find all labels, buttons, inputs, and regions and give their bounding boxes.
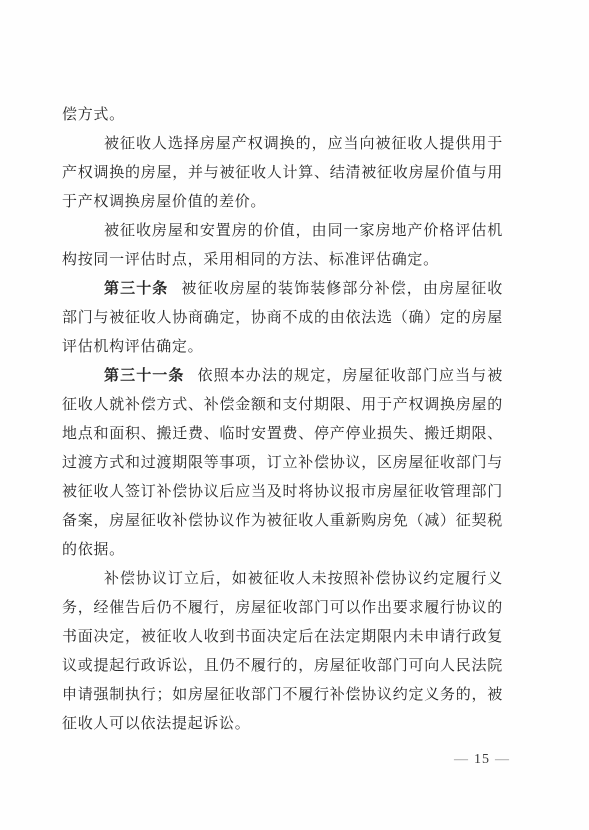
article-number: 第三十条 bbox=[104, 281, 168, 297]
article-paragraph: 第三十一条依照本办法的规定，房屋征收部门应当与被征收人就补偿方式、补偿金额和支付… bbox=[62, 362, 503, 565]
paragraph-text: 补偿协议订立后，如被征收人未按照补偿协议约定履行义务，经催告后仍不履行，房屋征收… bbox=[62, 571, 503, 732]
article-paragraph: 第三十条被征收房屋的装饰装修部分补偿，由房屋征收部门与被征收人协商确定，协商不成… bbox=[62, 275, 503, 362]
body-paragraph: 补偿协议订立后，如被征收人未按照补偿协议约定履行义务，经催告后仍不履行，房屋征收… bbox=[62, 565, 503, 739]
body-paragraph: 偿方式。 bbox=[62, 101, 503, 130]
page-number-left-dash: — bbox=[454, 752, 469, 767]
paragraph-text: 偿方式。 bbox=[62, 107, 125, 123]
page-number: —15— bbox=[449, 750, 515, 770]
document-body: 偿方式。被征收人选择房屋产权调换的，应当向被征收人提供用于产权调换的房屋，并与被… bbox=[62, 101, 503, 739]
body-paragraph: 被征收人选择房屋产权调换的，应当向被征收人提供用于产权调换的房屋，并与被征收人计… bbox=[62, 130, 503, 217]
body-paragraph: 被征收房屋和安置房的价值，由同一家房地产价格评估机构按同一评估时点，采用相同的方… bbox=[62, 217, 503, 275]
paragraph-text: 被征收房屋和安置房的价值，由同一家房地产价格评估机构按同一评估时点，采用相同的方… bbox=[62, 223, 503, 268]
article-number: 第三十一条 bbox=[104, 368, 185, 384]
page-number-value: 15 bbox=[474, 752, 490, 767]
document-page: 偿方式。被征收人选择房屋产权调换的，应当向被征收人提供用于产权调换的房屋，并与被… bbox=[0, 0, 589, 830]
paragraph-text: 被征收人选择房屋产权调换的，应当向被征收人提供用于产权调换的房屋，并与被征收人计… bbox=[62, 136, 503, 210]
page-number-right-dash: — bbox=[495, 752, 510, 767]
paragraph-text: 依照本办法的规定，房屋征收部门应当与被征收人就补偿方式、补偿金额和支付期限、用于… bbox=[62, 368, 503, 558]
